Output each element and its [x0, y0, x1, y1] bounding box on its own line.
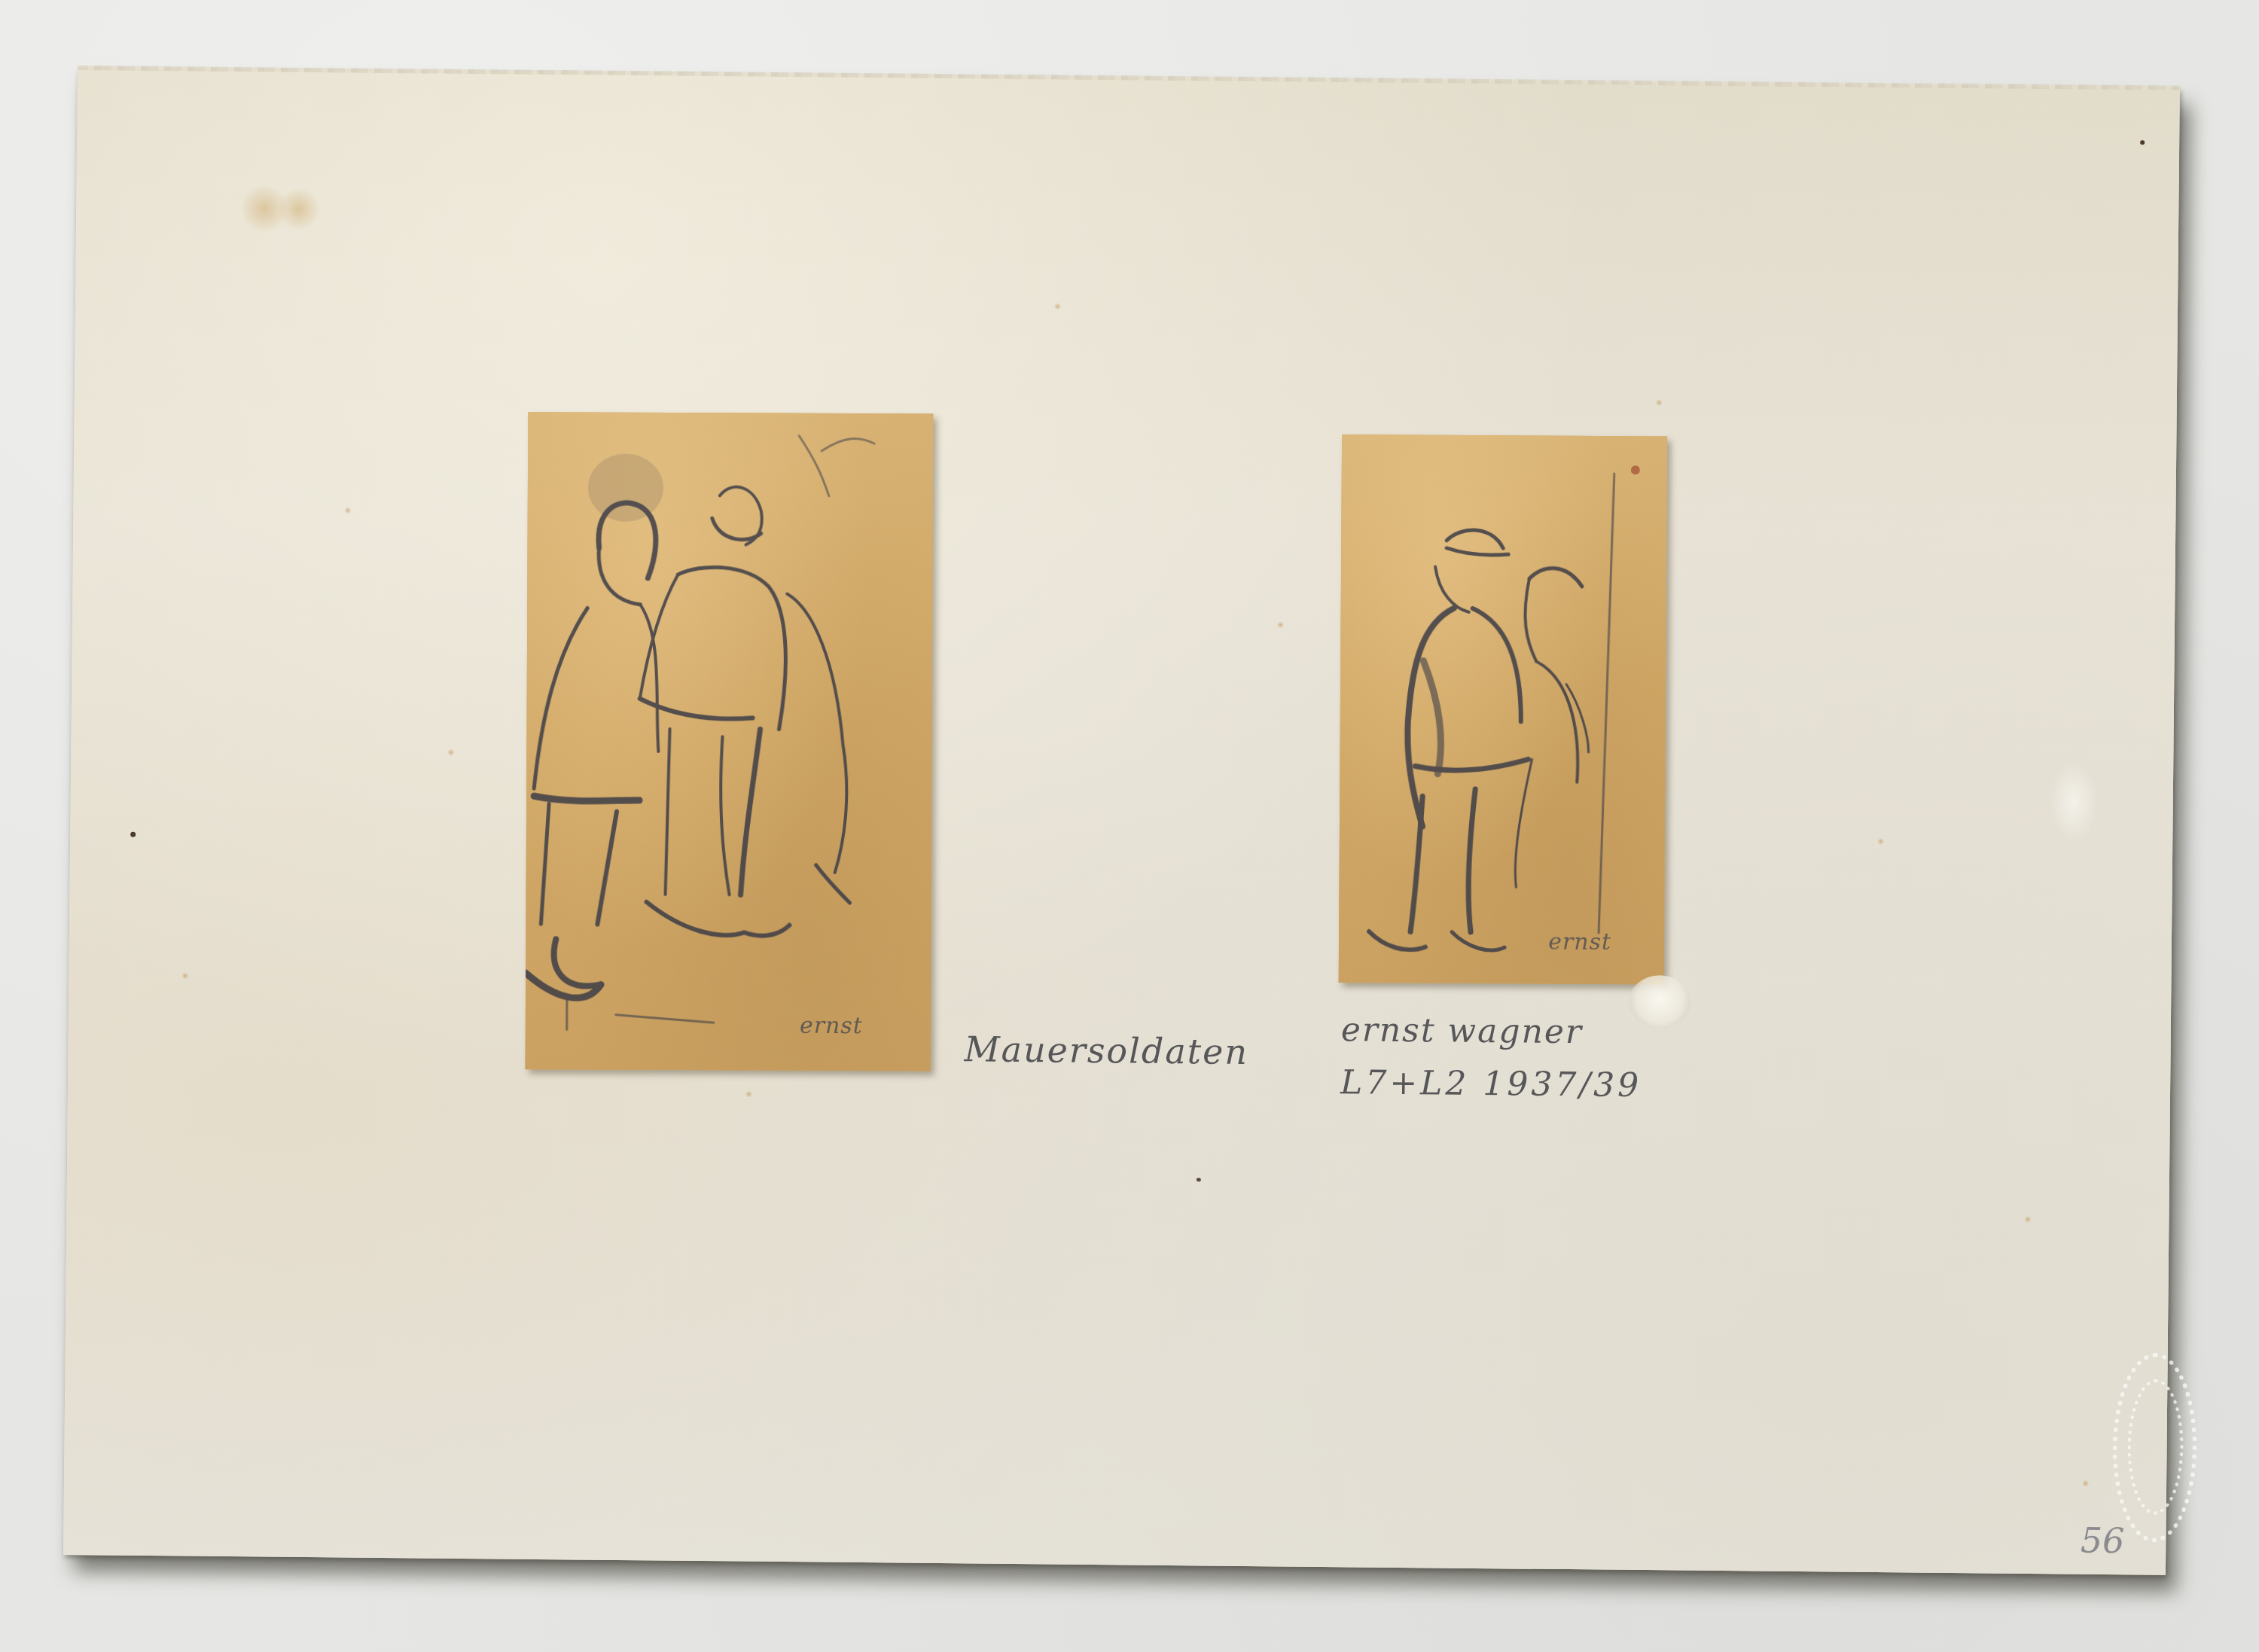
- sketch-two-figures: ernst: [1339, 434, 1667, 985]
- foxing-spot: [1054, 303, 1061, 309]
- foxing-spot: [1277, 621, 1284, 628]
- tape-residue: [1629, 975, 1691, 1029]
- signature-right: ernst: [1548, 929, 1611, 956]
- page-number: 56: [2081, 1520, 2125, 1562]
- foxing-spot: [1877, 838, 1884, 845]
- signature-left: ernst: [800, 1013, 863, 1039]
- pencil-drawing-three-figures: [526, 412, 934, 1071]
- foxing-spot: [2140, 140, 2145, 145]
- sketch-three-figures: ernst: [526, 412, 934, 1071]
- caption-reference: L7+L2 1937/39: [1340, 1063, 1642, 1105]
- foxing-spot: [2082, 1480, 2089, 1487]
- caption-title: Mauersoldaten: [964, 1029, 1248, 1072]
- deckled-edge: [78, 66, 2180, 90]
- tape-residue: [2050, 764, 2096, 840]
- stain: [278, 187, 320, 233]
- foxing-spot: [1656, 399, 1663, 406]
- mount-sheet: ernst: [63, 68, 2180, 1575]
- pencil-drawing-two-figures: [1339, 434, 1667, 985]
- foxing-spot: [2024, 1216, 2031, 1223]
- foxing-spot: [745, 1091, 752, 1098]
- foxing-spot: [1197, 1178, 1201, 1181]
- caption-artist: ernst wagner: [1341, 1010, 1584, 1051]
- foxing-spot: [344, 507, 351, 514]
- foxing-spot: [447, 749, 454, 756]
- foxing-spot: [181, 972, 188, 979]
- foxing-spot: [130, 832, 136, 837]
